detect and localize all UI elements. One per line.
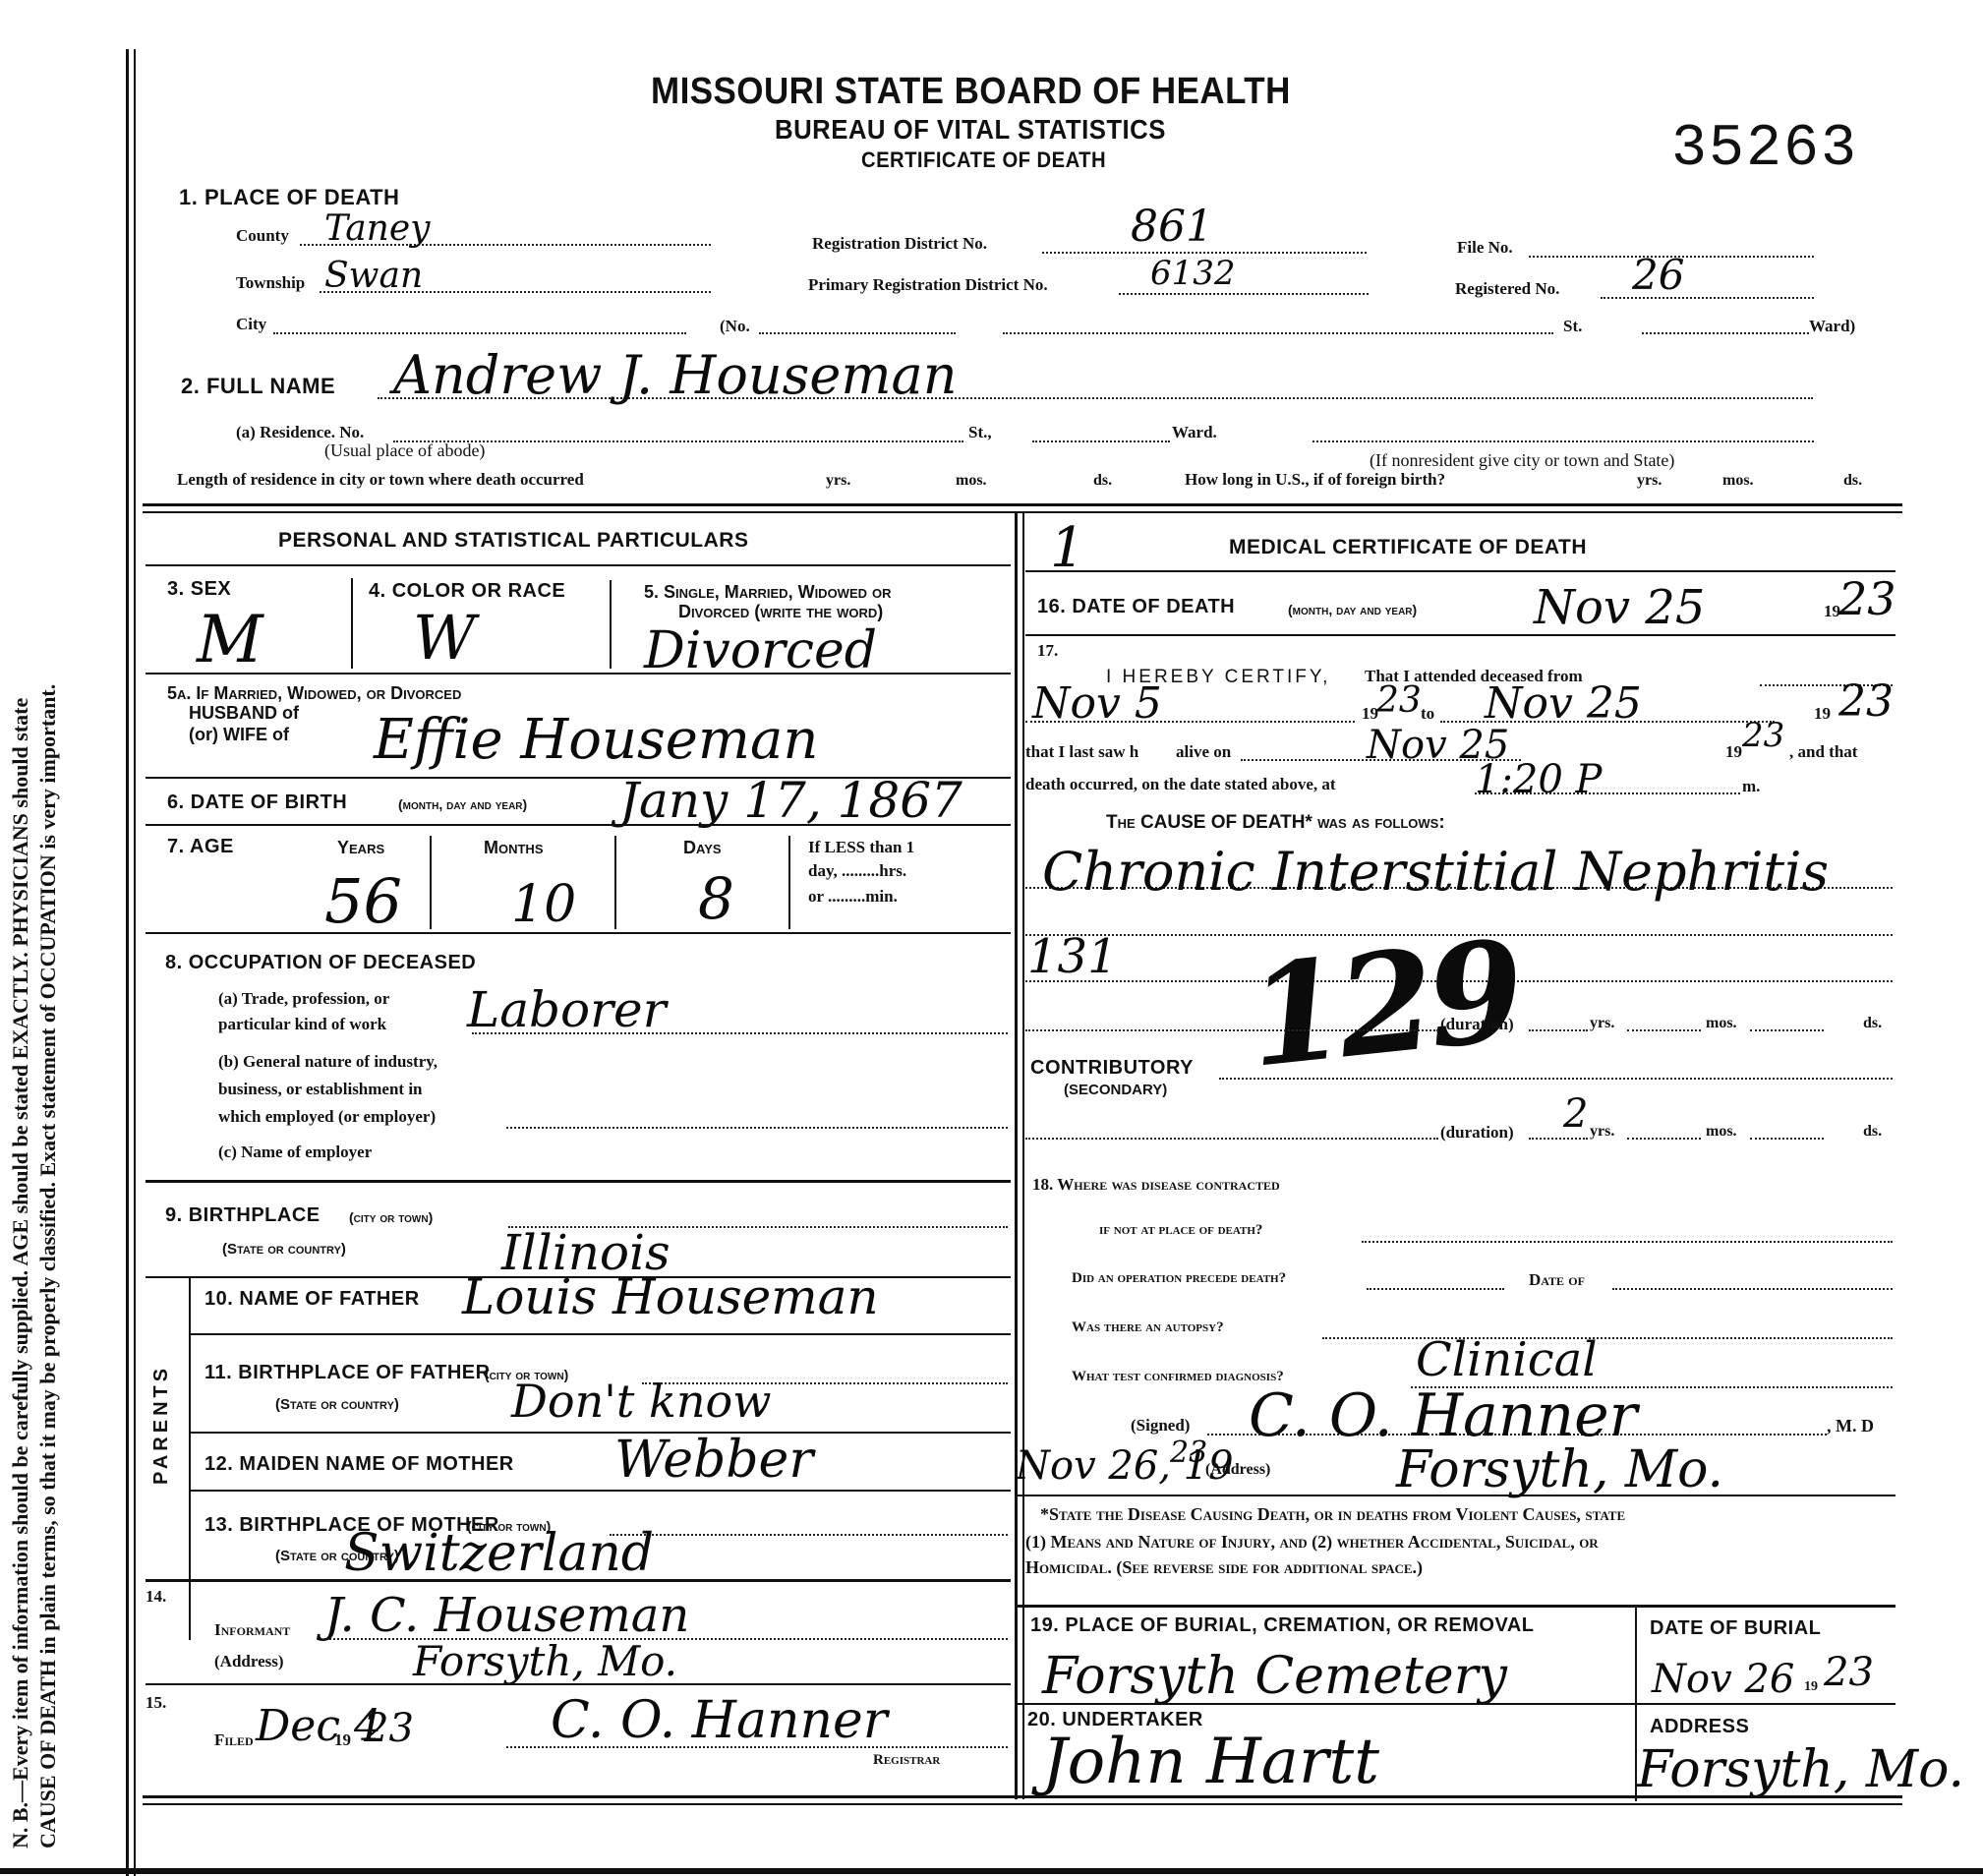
informant-field[interactable]: J. C. Houseman <box>324 1588 689 1643</box>
filed-year-field[interactable]: 23 <box>364 1706 414 1751</box>
burial-place-label: 19. PLACE OF BURIAL, CREMATION, OR REMOV… <box>1030 1614 1535 1637</box>
spouse-label-1: 5a. If Married, Widowed, or Divorced <box>167 683 461 704</box>
filed-label: Filed <box>214 1730 254 1750</box>
father-name-label: 10. NAME OF FATHER <box>204 1288 420 1311</box>
contrib-duration-ds: ds. <box>1863 1123 1882 1141</box>
divider <box>146 564 1011 566</box>
bottom-divider-1 <box>143 1795 1902 1798</box>
last-saw-label: that I last saw h <box>1025 742 1138 762</box>
father-birthplace-label: 11. BIRTHPLACE OF FATHER <box>204 1362 491 1384</box>
divider <box>614 836 616 929</box>
md-label: , M. D <box>1827 1416 1874 1436</box>
dod-sub-label: (month, day and year) <box>1288 602 1417 617</box>
race-field[interactable]: W <box>413 602 476 674</box>
age-years-label: Years <box>337 838 384 858</box>
divider <box>788 836 790 929</box>
undertaker-address-label: ADDRESS <box>1650 1716 1749 1738</box>
age-years-field[interactable]: 56 <box>324 865 402 937</box>
race-label: 4. COLOR OR RACE <box>369 580 565 603</box>
foreign-ds-label: ds. <box>1843 472 1862 490</box>
occupation-b-label-1: (b) General nature of industry, <box>218 1052 437 1072</box>
divider <box>189 1490 1011 1492</box>
residence-ds-label: ds. <box>1093 472 1112 490</box>
and-that-label: , and that <box>1789 742 1857 762</box>
if-not-label: if not at place of death? <box>1099 1222 1262 1239</box>
divider <box>189 1276 191 1640</box>
divider <box>430 836 432 929</box>
occupation-b-label-2: business, or establishment in <box>218 1080 423 1099</box>
margin-instruction-line-1: N. B.—Every item of information should b… <box>8 698 33 1848</box>
divider <box>1016 1495 1896 1496</box>
physician-address-field[interactable]: Forsyth, Mo. <box>1396 1440 1723 1499</box>
city-st-label: St. <box>1563 317 1582 336</box>
date-of-death-label: 16. DATE OF DEATH <box>1037 596 1235 618</box>
undertaker-address-field[interactable]: Forsyth, Mo. <box>1637 1740 1964 1799</box>
sex-field[interactable]: M <box>197 602 263 677</box>
registered-no-label: Registered No. <box>1455 279 1559 299</box>
burial-year-field[interactable]: 23 <box>1824 1650 1874 1695</box>
contrib-duration-yrs: yrs. <box>1590 1123 1614 1141</box>
physician-address-label: (Address) <box>1205 1461 1270 1479</box>
autopsy-label: Was there an autopsy? <box>1072 1319 1224 1336</box>
medical-certificate-heading: MEDICAL CERTIFICATE OF DEATH <box>1229 536 1587 559</box>
marital-status-field[interactable]: Divorced <box>644 621 877 680</box>
form-title: MISSOURI STATE BOARD OF HEALTH <box>651 71 1291 113</box>
reg-district-label: Registration District No. <box>812 234 987 254</box>
item-17-number: 17. <box>1037 641 1058 661</box>
registrar-signature-field[interactable]: C. O. Hanner <box>551 1691 888 1750</box>
mother-name-field[interactable]: Webber <box>614 1431 813 1490</box>
birthplace-state-sub-label: (State or country) <box>222 1241 346 1258</box>
father-name-field[interactable]: Louis Houseman <box>462 1268 879 1325</box>
primary-duration-ds: ds. <box>1863 1015 1882 1032</box>
secondary-label: (SECONDARY) <box>1064 1082 1167 1098</box>
section-divider-top-1 <box>143 503 1902 506</box>
burial-place-field[interactable]: Forsyth Cemetery <box>1042 1647 1507 1706</box>
place-of-death-label: 1. PLACE OF DEATH <box>179 185 399 210</box>
contrib-duration-field[interactable]: 2 <box>1563 1091 1588 1137</box>
divider <box>1025 570 1896 572</box>
attended-to-field[interactable]: Nov 25 <box>1485 678 1642 729</box>
registrar-label: Registrar <box>873 1752 940 1769</box>
divider <box>1025 634 1896 636</box>
form-subtitle: BUREAU OF VITAL STATISTICS <box>775 114 1166 146</box>
burial-date-19: 19 <box>1804 1679 1818 1695</box>
divider <box>146 1180 1011 1183</box>
occupation-a-label-1: (a) Trade, profession, or <box>218 989 389 1009</box>
footnote-line-3: Homicidal. (See reverse side for additio… <box>1025 1557 1423 1578</box>
occupation-field[interactable]: Laborer <box>467 981 667 1038</box>
test-confirmed-field[interactable]: Clinical <box>1416 1332 1598 1387</box>
date-of-death-field[interactable]: Nov 25 <box>1534 580 1705 635</box>
age-days-label: Days <box>683 838 722 858</box>
operation-label: Did an operation precede death? <box>1072 1270 1286 1287</box>
informant-address-label: (Address) <box>214 1652 284 1671</box>
primary-duration-yrs: yrs. <box>1590 1015 1614 1032</box>
dob-sub-label: (month, day and year) <box>398 796 527 812</box>
cause-code-large: 129 <box>1241 910 1526 1099</box>
primary-duration-label: (duration) <box>1440 1015 1514 1034</box>
marital-label-1: 5. Single, Married, Widowed or <box>644 582 892 603</box>
file-no-label: File No. <box>1457 238 1513 258</box>
age-label: 7. AGE <box>167 836 234 858</box>
less-min-label: or .........min. <box>808 887 898 907</box>
spouse-label-3: (or) WIFE of <box>189 725 289 745</box>
foreign-birth-label: How long in U.S., if of foreign birth? <box>1185 470 1445 490</box>
city-label: City <box>236 315 266 334</box>
operation-date-label: Date of <box>1529 1270 1585 1290</box>
dod-year-field[interactable]: 23 <box>1838 572 1896 625</box>
certificate-number: 35263 <box>1671 116 1858 183</box>
alive-on-label: alive on <box>1176 742 1231 762</box>
undertaker-field[interactable]: John Hartt <box>1042 1726 1379 1798</box>
filed-19-label: 19 <box>334 1730 351 1750</box>
attended-from-year-field[interactable]: 23 <box>1376 680 1422 721</box>
township-field[interactable]: Swan <box>324 256 423 296</box>
divider <box>146 673 1011 674</box>
spouse-label-2: HUSBAND of <box>189 703 299 724</box>
occupation-c-label: (c) Name of employer <box>218 1143 372 1162</box>
marital-label-2: Divorced (write the word) <box>678 602 883 622</box>
spouse-name-field[interactable]: Effie Houseman <box>374 708 818 772</box>
age-months-label: Months <box>484 838 544 858</box>
sex-label: 3. SEX <box>167 578 231 601</box>
informant-number: 14. <box>146 1587 166 1607</box>
residence-yrs-label: yrs. <box>826 472 850 490</box>
signed-year-field[interactable]: 23 <box>1170 1436 1207 1470</box>
county-field[interactable]: Taney <box>324 208 431 249</box>
margin-instruction-line-2: CAUSE OF DEATH in plain terms, so that i… <box>35 684 61 1848</box>
personal-particulars-heading: PERSONAL AND STATISTICAL PARTICULARS <box>278 529 748 553</box>
burial-date-label: DATE OF BURIAL <box>1650 1617 1821 1640</box>
contrib-duration-mos: mos. <box>1706 1123 1737 1141</box>
residence-st-label: St., <box>968 423 992 442</box>
occupation-b-label-3: which employed (or employer) <box>218 1107 436 1127</box>
father-birthplace-field[interactable]: Don't know <box>511 1375 772 1428</box>
length-of-residence-label: Length of residence in city or town wher… <box>177 470 584 490</box>
page-border-left-inner <box>134 49 136 1876</box>
death-time-field[interactable]: 1:20 P <box>1475 757 1602 802</box>
city-no-label: (No. <box>720 317 750 336</box>
divider <box>610 580 612 669</box>
informant-address-field[interactable]: Forsyth, Mo. <box>413 1637 677 1685</box>
residence-ward-label: Ward. <box>1172 423 1217 442</box>
cause-code-small: 131 <box>1027 929 1118 984</box>
county-label: County <box>236 226 289 246</box>
age-months-field[interactable]: 10 <box>511 875 576 934</box>
primary-reg-label: Primary Registration District No. <box>808 275 1048 295</box>
primary-duration-mos: mos. <box>1706 1015 1737 1032</box>
filed-number: 15. <box>146 1693 166 1713</box>
township-label: Township <box>236 273 305 293</box>
bottom-divider-2 <box>143 1803 1902 1805</box>
attended-to-year-field[interactable]: 23 <box>1838 676 1894 727</box>
divider <box>146 1683 1011 1685</box>
where-contracted-label: 18. Where was disease contracted <box>1032 1175 1280 1195</box>
footnote-line-2: (1) Means and Nature of Injury, and (2) … <box>1025 1532 1599 1553</box>
death-occurred-label: death occurred, on the date stated above… <box>1025 775 1336 794</box>
residence-label: (a) Residence. No. <box>236 423 364 442</box>
city-ward-label: Ward) <box>1809 317 1855 336</box>
birthplace-city-sub-label: (city or town) <box>349 1209 433 1225</box>
age-days-field[interactable]: 8 <box>698 865 734 932</box>
mother-birthplace-field[interactable]: Switzerland <box>344 1524 654 1583</box>
filed-date-field[interactable]: Dec 4 <box>256 1701 381 1751</box>
contrib-duration-label: (duration) <box>1440 1123 1514 1143</box>
less-than-label: If LESS than 1 <box>808 838 914 857</box>
mother-name-label: 12. MAIDEN NAME OF MOTHER <box>204 1453 514 1476</box>
residence-sub-label: (Usual place of abode) <box>324 440 485 461</box>
divider <box>1016 1605 1896 1608</box>
signed-label: (Signed) <box>1131 1416 1190 1436</box>
cause-of-death-label: The CAUSE OF DEATH* was as follows: <box>1106 812 1445 834</box>
contributory-label: CONTRIBUTORY <box>1030 1057 1194 1080</box>
divider <box>189 1432 1011 1434</box>
primary-reg-field[interactable]: 6132 <box>1150 254 1236 293</box>
informant-label: Informant <box>214 1620 290 1640</box>
footnote-line-1: *State the Disease Causing Death, or in … <box>1040 1504 1625 1525</box>
divider <box>1016 1703 1896 1705</box>
divider <box>146 1579 1011 1582</box>
full-name-label: 2. FULL NAME <box>181 374 335 399</box>
parents-vertical-label: PARENTS <box>150 1365 173 1485</box>
occupation-label: 8. OCCUPATION OF DECEASED <box>165 952 476 974</box>
attended-from-field[interactable]: Nov 5 <box>1032 678 1162 729</box>
divider <box>189 1333 1011 1335</box>
last-saw-year-field[interactable]: 23 <box>1742 716 1784 755</box>
attended-to-19: 19 <box>1814 704 1831 724</box>
page-border-left-outer <box>126 49 129 1876</box>
cause-of-death-field[interactable]: Chronic Interstitial Nephritis <box>1042 841 1829 903</box>
burial-date-field[interactable]: Nov 26 <box>1652 1657 1794 1702</box>
occupation-a-label-2: particular kind of work <box>218 1015 386 1034</box>
form-doc-type: CERTIFICATE OF DEATH <box>861 147 1106 173</box>
birthplace-label: 9. BIRTHPLACE <box>165 1204 321 1227</box>
divider <box>146 932 1011 934</box>
divider <box>351 578 353 669</box>
less-hrs-label: day, .........hrs. <box>808 861 906 881</box>
foreign-yrs-label: yrs. <box>1637 472 1662 490</box>
divider <box>146 824 1011 826</box>
attended-to-label: to <box>1421 704 1434 724</box>
foreign-mos-label: mos. <box>1722 472 1754 490</box>
death-time-m-label: m. <box>1742 777 1760 796</box>
registered-no-field[interactable]: 26 <box>1632 251 1684 299</box>
reg-district-field[interactable]: 861 <box>1131 202 1213 252</box>
page-border-bottom <box>0 1868 1983 1874</box>
residence-mos-label: mos. <box>956 472 987 490</box>
dob-field[interactable]: Jany 17, 1867 <box>619 772 962 829</box>
full-name-field[interactable]: Andrew J. Houseman <box>393 344 958 406</box>
dob-label: 6. DATE OF BIRTH <box>167 791 347 814</box>
nonresident-note: (If nonresident give city or town and St… <box>1370 450 1674 471</box>
last-saw-19: 19 <box>1725 742 1742 762</box>
father-bp-state-sub-label: (State or country) <box>275 1396 399 1413</box>
